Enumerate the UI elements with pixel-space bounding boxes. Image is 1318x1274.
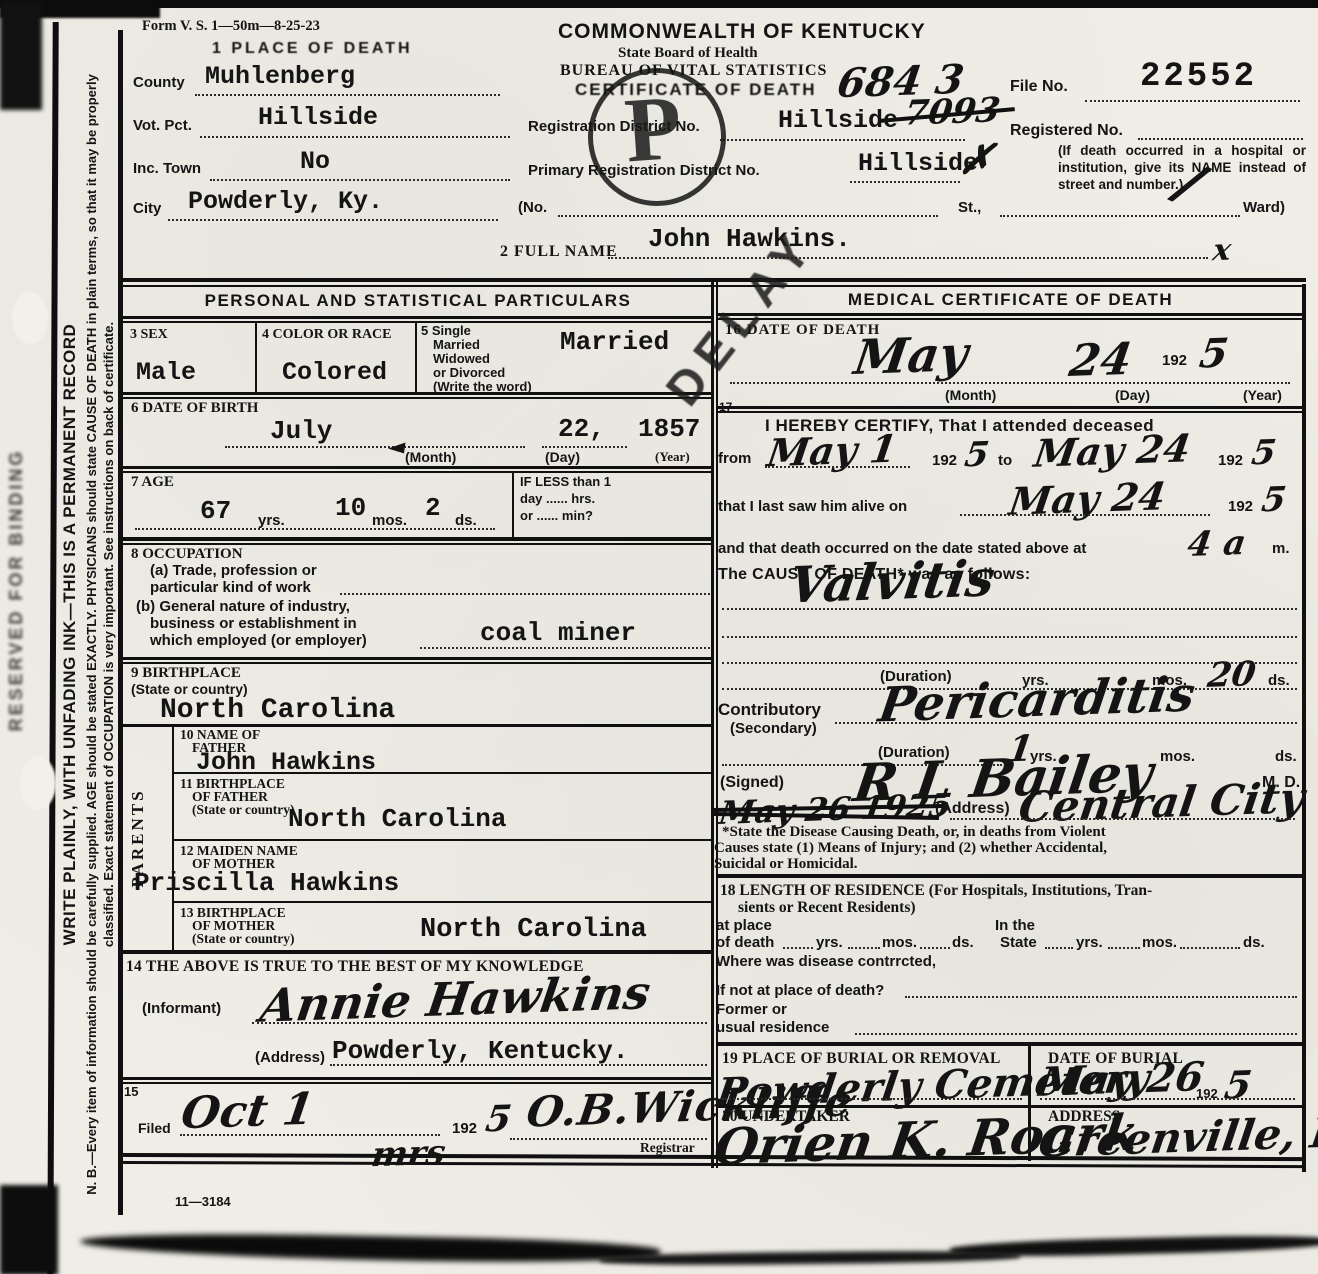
occurred-m-label: m. xyxy=(1272,540,1290,557)
age-rule-b xyxy=(120,543,713,545)
duration2-ds-cap: ds. xyxy=(1275,748,1297,765)
mother-name-value: Priscilla Hawkins xyxy=(134,868,399,898)
age-rule-a xyxy=(120,537,713,541)
filed-date-hw: Oct 1 xyxy=(178,1084,317,1140)
no-line xyxy=(558,215,938,217)
age-yrs-value: 67 xyxy=(200,496,231,526)
res-mos-cap-2: mos. xyxy=(1142,934,1177,951)
sex-value: Male xyxy=(136,358,196,387)
age-ds-value: 2 xyxy=(425,493,441,523)
sex-row-rule-a xyxy=(120,392,713,395)
certify-to-year-hw: 5 xyxy=(1249,433,1278,474)
burial-date-line xyxy=(1040,1098,1295,1100)
scan-bottom-band-3 xyxy=(950,1233,1318,1258)
cause-line-2 xyxy=(722,636,1297,638)
primary-reg-line xyxy=(850,181,960,183)
filed-year-printed: 192 xyxy=(452,1120,477,1137)
res-d6 xyxy=(1180,947,1240,949)
residence-in-the: In the xyxy=(995,917,1035,934)
father-bp-value: North Carolina xyxy=(288,804,506,834)
file-no-value: 22552 xyxy=(1140,58,1257,96)
margin-nb-note: N. B.—Every item of information should b… xyxy=(84,57,118,1212)
sex-label: 3 SEX xyxy=(130,327,168,343)
cause-footnote-line-3: Suicidal or Homicidal. xyxy=(714,856,858,873)
res-d3 xyxy=(920,947,950,949)
registered-no-line xyxy=(1138,138,1303,140)
marital-option-1: 5 Single xyxy=(421,323,471,338)
no-label: (No. xyxy=(518,199,547,216)
residence-if-not: If not at place of death? xyxy=(716,982,884,999)
cause-value-hw: Valvitis xyxy=(785,548,998,614)
father-name-rule xyxy=(174,772,711,774)
cause-footnote-line-2: Causes state (1) Means of Injury; and (2… xyxy=(714,840,1107,857)
res-d2 xyxy=(848,947,880,949)
margin-notes: WRITE PLAINLY, WITH UNFADING INK—THIS IS… xyxy=(60,57,126,1212)
residence-where: Where was disease contrrcted, xyxy=(716,953,936,970)
occupation-value: coal miner xyxy=(480,618,636,648)
filed-label: Filed xyxy=(138,1120,171,1136)
primary-reg-mark: ✗ xyxy=(957,135,997,183)
last-saw-label: that I last saw him alive on xyxy=(718,498,907,515)
occupation-b1: (b) General nature of industry, xyxy=(136,598,350,615)
burial-top-rule xyxy=(717,1042,1306,1046)
burial-year-hw: 5 xyxy=(1222,1062,1255,1108)
file-no-line xyxy=(1085,100,1300,102)
vot-pct-line xyxy=(200,136,510,138)
city-line xyxy=(168,219,498,221)
color-label: 4 COLOR OR RACE xyxy=(262,327,392,343)
marital-option-2: Married xyxy=(433,337,480,352)
informant-address-line xyxy=(330,1064,707,1066)
certify-from-line xyxy=(765,466,910,468)
inc-town-label: Inc. Town xyxy=(133,160,201,177)
margin-headline: WRITE PLAINLY, WITH UNFADING INK—THIS IS… xyxy=(60,57,80,1212)
city-value: Powderly, Ky. xyxy=(188,187,383,216)
county-value: Muhlenberg xyxy=(205,62,355,91)
age-ds-cap: ds. xyxy=(455,512,477,529)
occupation-label: 8 OCCUPATION xyxy=(131,546,243,563)
left-title-rule-a xyxy=(120,316,713,319)
last-saw-year: 192 xyxy=(1228,498,1253,515)
dod-year-printed: 192 xyxy=(1162,352,1187,369)
father-bp-label-3: (State or country) xyxy=(192,802,294,818)
residence-former: Former or xyxy=(716,1001,787,1018)
occupation-a-line xyxy=(340,593,710,595)
last-saw-year-hw: 5 xyxy=(1259,480,1288,521)
occupation-rule-a xyxy=(120,657,713,660)
marital-option-3: Widowed xyxy=(433,351,490,366)
cause-footnote-line-1: *State the Disease Causing Death, or, in… xyxy=(722,824,1106,841)
res-mos-cap: mos. xyxy=(882,934,917,951)
inc-town-line xyxy=(210,179,510,181)
residence-label-2: sients or Recent Residents) xyxy=(738,899,916,917)
signed-label: (Signed) xyxy=(720,774,784,792)
occupation-b-line xyxy=(420,647,710,649)
ifless-line-3: or ...... min? xyxy=(520,508,593,523)
p-stamp-letter: P xyxy=(622,74,685,184)
occupation-b3: which employed (or employer) xyxy=(150,632,367,649)
form-footer-code: 11—3184 xyxy=(175,1194,231,1209)
certify-from-year-hw: 5 xyxy=(962,435,991,476)
cause-line-1 xyxy=(722,608,1297,610)
margin-binding-note: RESERVED FOR BINDING xyxy=(6,50,32,1130)
age-label: 7 AGE xyxy=(131,474,174,491)
occupation-a2: particular kind of work xyxy=(150,579,311,596)
age-mos-cap: mos. xyxy=(372,512,407,529)
occurred-time-hw: 4 a xyxy=(1185,523,1249,565)
ifless-line-1: IF LESS than 1 xyxy=(520,474,611,489)
file-no-label: File No. xyxy=(1010,78,1068,96)
mother-bp-label-3: (State or country) xyxy=(192,931,294,947)
dob-year: 1857 xyxy=(638,414,700,444)
dob-year-cap: (Year) xyxy=(655,449,690,465)
registered-no-label: Registered No. xyxy=(1010,122,1123,140)
residence-label-1: 18 LENGTH OF RESIDENCE (For Hospitals, I… xyxy=(720,882,1152,900)
contributory-line xyxy=(835,722,1297,724)
filed-rule-b xyxy=(120,1082,713,1084)
residence-usual-line xyxy=(855,1033,1297,1035)
st-label: St., xyxy=(958,199,981,216)
registrar-label: Registrar xyxy=(640,1140,695,1156)
occupation-b2: business or establishment in xyxy=(150,615,357,632)
dod-year-hw: 5 xyxy=(1197,330,1232,378)
marital-value: Married xyxy=(560,327,669,357)
scan-corner-bottom-left xyxy=(0,1185,58,1274)
mother-name-rule xyxy=(174,901,711,903)
vot-pct-value: Hillside xyxy=(258,103,378,132)
full-name-label: 2 FULL NAME xyxy=(500,243,618,261)
registrar-note-hw: mrs xyxy=(369,1133,448,1176)
occupation-a1: (a) Trade, profession or xyxy=(150,562,317,579)
ifless-divider xyxy=(512,471,514,537)
birthplace-label: 9 BIRTHPLACE xyxy=(131,665,241,682)
sex-cell-divider xyxy=(255,322,257,392)
residence-top-rule xyxy=(717,874,1306,878)
st-line xyxy=(1000,215,1240,217)
place-of-death-heading: 1 PLACE OF DEATH xyxy=(212,40,413,58)
dod-day-hw: 24 xyxy=(1066,334,1135,387)
marital-option-4: or Divorced xyxy=(433,365,505,380)
form-left-border xyxy=(118,30,123,1215)
form-right-border xyxy=(1302,284,1306,1172)
parents-cell-border xyxy=(172,724,174,952)
res-ds-cap: ds. xyxy=(952,934,974,951)
dob-month-cap: (Month) xyxy=(405,449,456,465)
last-saw-line xyxy=(960,514,1210,516)
informant-label: (Informant) xyxy=(142,1000,221,1017)
informant-line xyxy=(252,1022,707,1024)
dob-day: 22, xyxy=(558,414,605,444)
residence-at-place: at place xyxy=(716,917,772,934)
city-label: City xyxy=(133,200,161,217)
color-value: Colored xyxy=(282,358,387,387)
res-yrs-cap-2: yrs. xyxy=(1076,934,1103,951)
parents-bottom-rule xyxy=(120,950,713,954)
full-name-hw-mark: x xyxy=(1210,233,1233,269)
death-certificate-scan: RESERVED FOR BINDING WRITE PLAINLY, WITH… xyxy=(0,0,1318,1274)
res-d4 xyxy=(1045,947,1073,949)
secondary-label: (Secondary) xyxy=(730,720,817,737)
residence-usual: usual residence xyxy=(716,1019,829,1036)
signed-address-line xyxy=(950,818,1295,820)
dob-line-2 xyxy=(542,446,627,448)
commonwealth-title: COMMONWEALTH OF KENTUCKY xyxy=(558,20,926,44)
res-state-cap: State xyxy=(1000,934,1037,951)
dod-day-cap: (Day) xyxy=(1115,387,1150,403)
age-yrs-cap: yrs. xyxy=(258,512,285,529)
dod-year-cap: (Year) xyxy=(1243,387,1282,403)
certify-to-year: 192 xyxy=(1218,452,1243,469)
father-bp-rule xyxy=(174,839,711,841)
informant-address-value: Powderly, Kentucky. xyxy=(332,1036,628,1066)
last-saw-date: May 24 xyxy=(1006,473,1168,523)
occupation-rule-b xyxy=(120,662,713,664)
duration2-mos-cap: mos. xyxy=(1160,748,1195,765)
board-subtitle: State Board of Health xyxy=(618,45,758,62)
signed-address-label: (Address) xyxy=(935,800,1010,818)
vot-pct-label: Vot. Pct. xyxy=(133,117,192,134)
left-section-title: PERSONAL AND STATISTICAL PARTICULARS xyxy=(123,291,713,311)
county-label: County xyxy=(133,74,185,91)
certify-to-label: to xyxy=(998,452,1012,469)
marital-cell-divider xyxy=(415,322,417,392)
reg-district-line xyxy=(720,139,965,141)
duration-ds-cap: ds. xyxy=(1268,672,1290,689)
filed-number: 15 xyxy=(124,1084,138,1099)
burial-place-line xyxy=(722,1098,1022,1100)
scan-bottom-band-1 xyxy=(80,1230,660,1265)
inc-town-value: No xyxy=(300,147,330,176)
dob-rule-b xyxy=(120,471,713,473)
parents-cell: PARENTS xyxy=(120,724,172,952)
certify-to-date: May 24 xyxy=(1031,425,1193,475)
age-mos-value: 10 xyxy=(335,493,366,523)
scan-edge-line-left xyxy=(47,22,58,1274)
res-yrs-cap: yrs. xyxy=(816,934,843,951)
ward-label: Ward) xyxy=(1243,199,1285,216)
res-d1 xyxy=(783,947,813,949)
informant-address-label: (Address) xyxy=(255,1049,325,1066)
sex-row-rule-b xyxy=(120,397,713,399)
res-ds-cap-2: ds. xyxy=(1243,934,1265,951)
dob-label: 6 DATE OF BIRTH xyxy=(131,400,258,417)
bureau-subtitle: BUREAU OF VITAL STATISTICS xyxy=(560,62,827,80)
age-line xyxy=(135,528,495,530)
scan-edge-top xyxy=(0,0,1318,8)
filed-rule-a xyxy=(120,1077,713,1080)
county-line xyxy=(195,94,500,96)
ifless-line-2: day ...... hrs. xyxy=(520,491,595,506)
dob-month: July xyxy=(270,416,332,446)
dob-rule-a xyxy=(120,466,713,469)
form-code: Form V. S. 1—50m—8-25-23 xyxy=(142,18,320,35)
reg-district-value: Hillside xyxy=(778,106,898,135)
res-d5 xyxy=(1108,947,1140,949)
dob-line-1 xyxy=(225,446,525,448)
hospital-note: (If death occurred in a hospital or inst… xyxy=(1058,143,1306,194)
dod-month-cap: (Month) xyxy=(945,387,996,403)
filed-year-hw: 5 xyxy=(483,1098,514,1141)
residence-of-death: of death xyxy=(716,934,774,951)
certify-from-year: 192 xyxy=(932,452,957,469)
dob-hw-mark: ◄ xyxy=(386,434,407,461)
mother-bp-value: North Carolina xyxy=(420,915,647,945)
margin-binding-text: RESERVED FOR BINDING xyxy=(6,449,26,732)
birthplace-value: North Carolina xyxy=(160,695,395,726)
contributory-label: Contributory xyxy=(718,700,821,720)
dob-day-cap: (Day) xyxy=(545,449,580,465)
residence-if-not-line xyxy=(905,996,1297,998)
